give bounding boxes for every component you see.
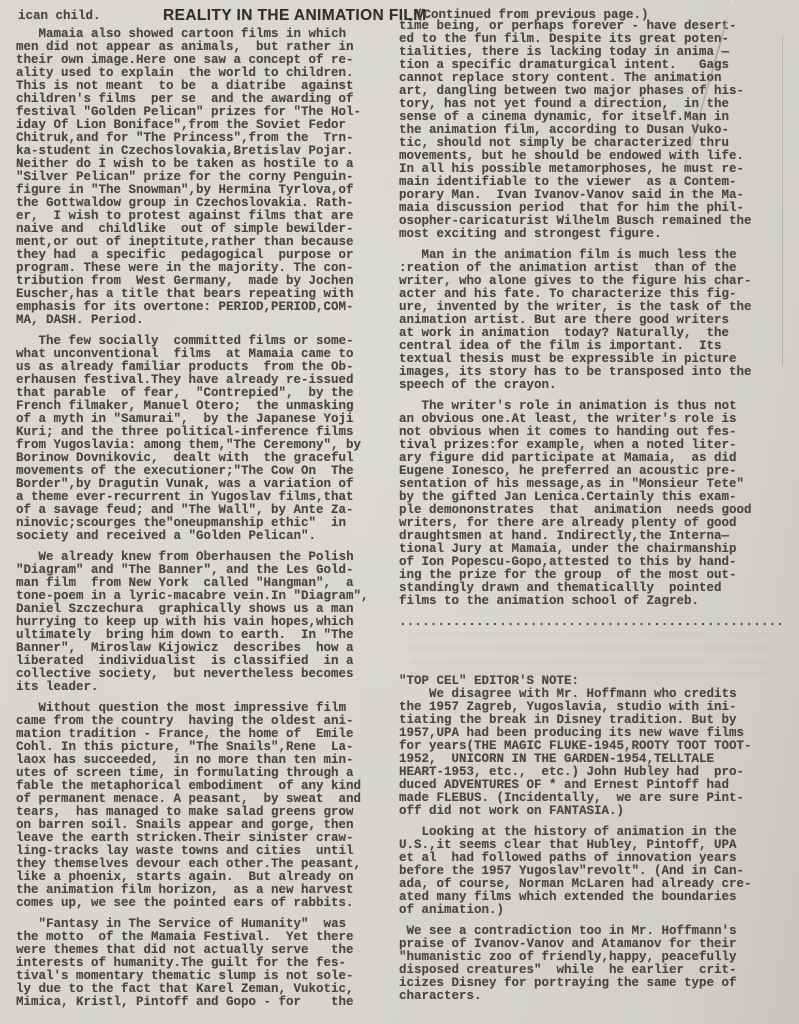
paragraph: We already knew from Oberhausen the Poli…: [16, 551, 388, 694]
paragraph: We see a contradiction too in Mr. Hoffma…: [399, 925, 793, 1003]
paragraph: Man in the animation film is much less t…: [399, 249, 793, 392]
paragraph: We disagree with Mr. Hoffmann who credit…: [399, 688, 793, 818]
paragraph: Mamaia also showed cartoon films in whic…: [16, 28, 388, 327]
dotted-separator: ........................................…: [399, 616, 793, 629]
previous-page-text-fragment: ican child.: [18, 10, 101, 23]
paragraph: "Fantasy in The Service of Humanity" was…: [16, 918, 388, 1009]
paragraph: time being, or perhaps forever - have de…: [399, 20, 793, 241]
paragraph: The writer's role in animation is thus n…: [399, 400, 793, 608]
paragraph: Looking at the history of animation in t…: [399, 826, 793, 917]
left-text-column: Mamaia also showed cartoon films in whic…: [16, 28, 388, 1017]
right-text-column: time being, or perhaps forever - have de…: [399, 20, 793, 1011]
paragraph: Without question the most impressive fil…: [16, 702, 388, 910]
paragraph: The few socially committed films or some…: [16, 335, 388, 543]
article-title: REALITY IN THE ANIMATION FILM: [163, 7, 427, 25]
scanned-newsletter-page: ican child. REALITY IN THE ANIMATION FIL…: [0, 0, 799, 1024]
editors-note-section: "TOP CEL" EDITOR'S NOTE: We disagree wit…: [399, 675, 793, 1003]
